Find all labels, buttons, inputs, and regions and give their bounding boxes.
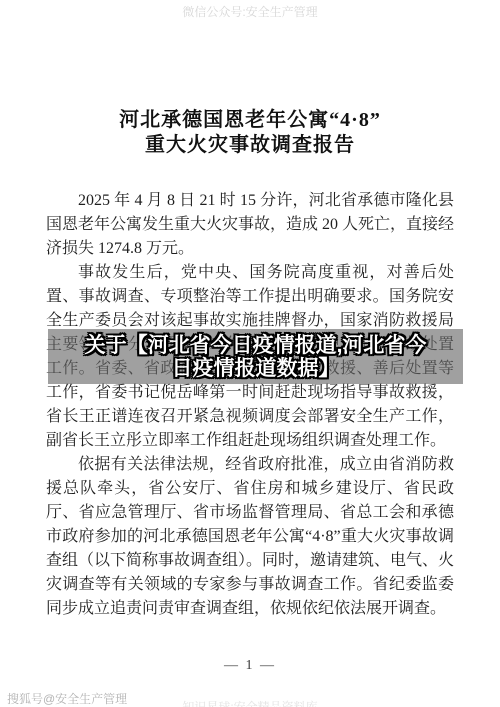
caption-overlay-band: 关于【河北省今日疫情报道,河北省今 日疫情报道数据】 [48, 329, 463, 384]
paragraph-investigation-team: 依据有关法律法规，经省政府批准，成立由省消防救援总队牵头，省公安厅、省住房和城乡… [46, 453, 454, 621]
title-line-1: 河北承德国恩老年公寓“4·8” [0, 108, 500, 133]
document-title: 河北承德国恩老年公寓“4·8” 重大火灾事故调查报告 [0, 108, 500, 158]
watermark-bottom-center: 知识星球:安全精品资料库 [0, 698, 500, 707]
page-number: — 1 — [0, 658, 500, 674]
caption-overlay-line-2: 日疫情报道数据】 [172, 357, 340, 380]
caption-overlay-line-1: 关于【河北省今日疫情报道,河北省今 [85, 334, 427, 357]
document-body: 2025 年 4 月 8 日 21 时 15 分许，河北省承德市隆化县国恩老年公… [46, 189, 454, 621]
paragraph-incident-summary: 2025 年 4 月 8 日 21 时 15 分许，河北省承德市隆化县国恩老年公… [46, 189, 454, 261]
title-line-2: 重大火灾事故调查报告 [0, 133, 500, 158]
watermark-top: 微信公众号:安全生产管理 [0, 3, 500, 20]
document-page: 微信公众号:安全生产管理 河北承德国恩老年公寓“4·8” 重大火灾事故调查报告 … [0, 0, 500, 707]
